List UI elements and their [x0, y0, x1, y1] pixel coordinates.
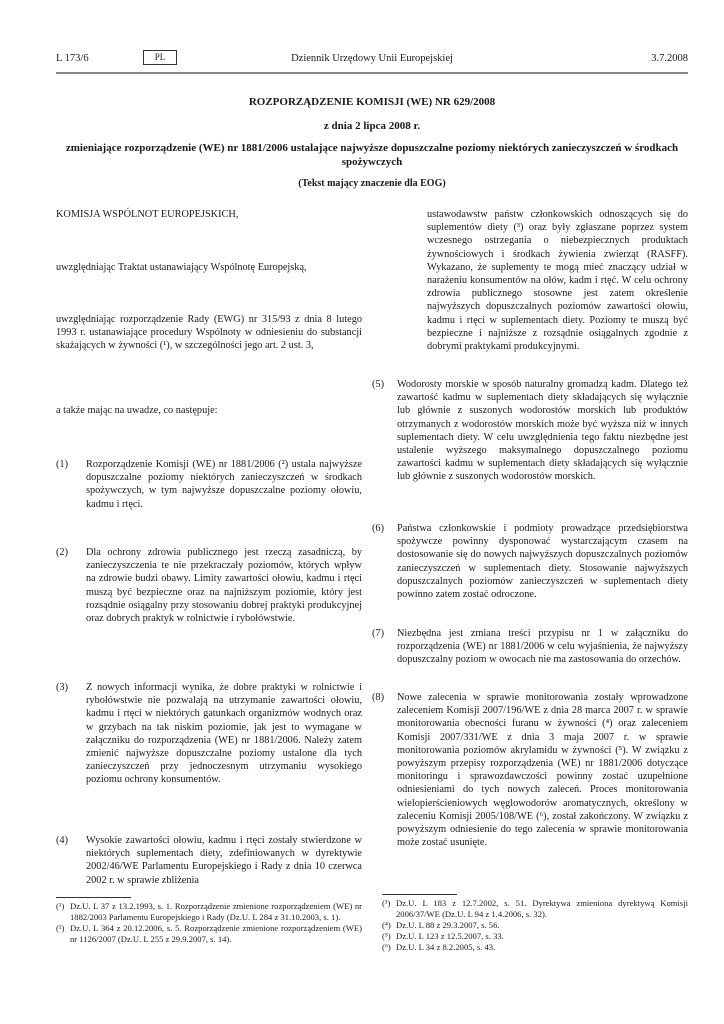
regulation-subject: zmieniające rozporządzenie (WE) nr 1881/…: [56, 141, 688, 169]
recital-number: (5): [372, 378, 384, 391]
preamble-whereas: a także mając na uwadze, co następuje:: [56, 404, 362, 417]
footnote-divider: [56, 897, 131, 898]
footnote-6: (⁶) Dz.U. L 34 z 8.2.2005, s. 43.: [382, 942, 688, 953]
preamble-commission: KOMISJA WSPÓLNOT EUROPEJSKICH,: [56, 208, 362, 221]
preamble-regulation: uwzględniając rozporządzenie Rady (EWG) …: [56, 313, 362, 353]
publication-date: 3.7.2008: [651, 53, 688, 64]
recital-number: (1): [56, 458, 68, 471]
recital-4: (4) Wysokie zawartości ołowiu, kadmu i r…: [56, 834, 362, 889]
footnote-2: (²) Dz.U. L 364 z 20.12.2006, s. 5. Rozp…: [56, 923, 362, 945]
recital-3: (3) Z nowych informacji wynika, że dobre…: [56, 681, 362, 806]
recital-7: (7) Niezbędna jest zmiana treści przypis…: [372, 627, 688, 682]
recital-text: Państwa członkowskie i podmioty prowadzą…: [397, 522, 688, 601]
recital-number: (7): [372, 627, 384, 640]
recital-text: Z nowych informacji wynika, że dobre pra…: [86, 681, 362, 787]
recital-6: (6) Państwa członkowskie i podmioty prow…: [372, 522, 688, 617]
recital-8: (8) Nowe zalecenia w sprawie monitorowan…: [372, 691, 688, 881]
journal-title: Dziennik Urzędowy Unii Europejskiej: [56, 53, 688, 64]
recital-text: Nowe zalecenia w sprawie monitorowania z…: [397, 691, 688, 849]
recital-number: (6): [372, 522, 384, 535]
preamble-treaty: uwzględniając Traktat ustanawiający Wspó…: [56, 261, 362, 274]
recital-text: Wysokie zawartości ołowiu, kadmu i rtęci…: [86, 834, 362, 887]
recital-text: Wodorosty morskie w sposób naturalny gro…: [397, 378, 688, 484]
recital-4-continued: ustawodawstw państw członkowskich odnosz…: [397, 208, 688, 368]
footnotes-left: (¹) Dz.U. L 37 z 13.2.1993, s. 1. Rozpor…: [56, 901, 362, 945]
header-divider: [56, 72, 688, 74]
document-title: ROZPORZĄDZENIE KOMISJI (WE) NR 629/2008 …: [56, 95, 688, 191]
recital-text: Dla ochrony zdrowia publicznego jest rze…: [86, 546, 362, 625]
footnote-4: (⁴) Dz.U. L 88 z 29.3.2007, s. 56.: [382, 920, 688, 931]
recital-text: ustawodawstw państw członkowskich odnosz…: [427, 208, 688, 353]
recital-number: (3): [56, 681, 68, 694]
page-header: L 173/6 PL Dziennik Urzędowy Unii Europe…: [56, 50, 688, 72]
footnote-1: (¹) Dz.U. L 37 z 13.2.1993, s. 1. Rozpor…: [56, 901, 362, 923]
eea-relevance: (Tekst mający znaczenie dla EOG): [56, 177, 688, 191]
recital-1: (1) Rozporządzenie Komisji (WE) nr 1881/…: [56, 458, 362, 518]
regulation-date: z dnia 2 lipca 2008 r.: [56, 119, 688, 133]
footnote-5: (⁵) Dz.U. L 123 z 12.5.2007, s. 33.: [382, 931, 688, 942]
recital-5: (5) Wodorosty morskie w sposób naturalny…: [372, 378, 688, 513]
recital-text: Niezbędna jest zmiana treści przypisu nr…: [397, 627, 688, 667]
recital-number: (8): [372, 691, 384, 704]
recital-2: (2) Dla ochrony zdrowia publicznego jest…: [56, 546, 362, 656]
recital-text: Rozporządzenie Komisji (WE) nr 1881/2006…: [86, 458, 362, 511]
footnote-divider: [382, 894, 457, 895]
recital-number: (4): [56, 834, 68, 847]
regulation-title: ROZPORZĄDZENIE KOMISJI (WE) NR 629/2008: [56, 95, 688, 109]
footnote-3: (³) Dz.U. L 183 z 12.7.2002, s. 51. Dyre…: [382, 898, 688, 920]
recital-number: (2): [56, 546, 68, 559]
footnotes-right: (³) Dz.U. L 183 z 12.7.2002, s. 51. Dyre…: [382, 898, 688, 953]
